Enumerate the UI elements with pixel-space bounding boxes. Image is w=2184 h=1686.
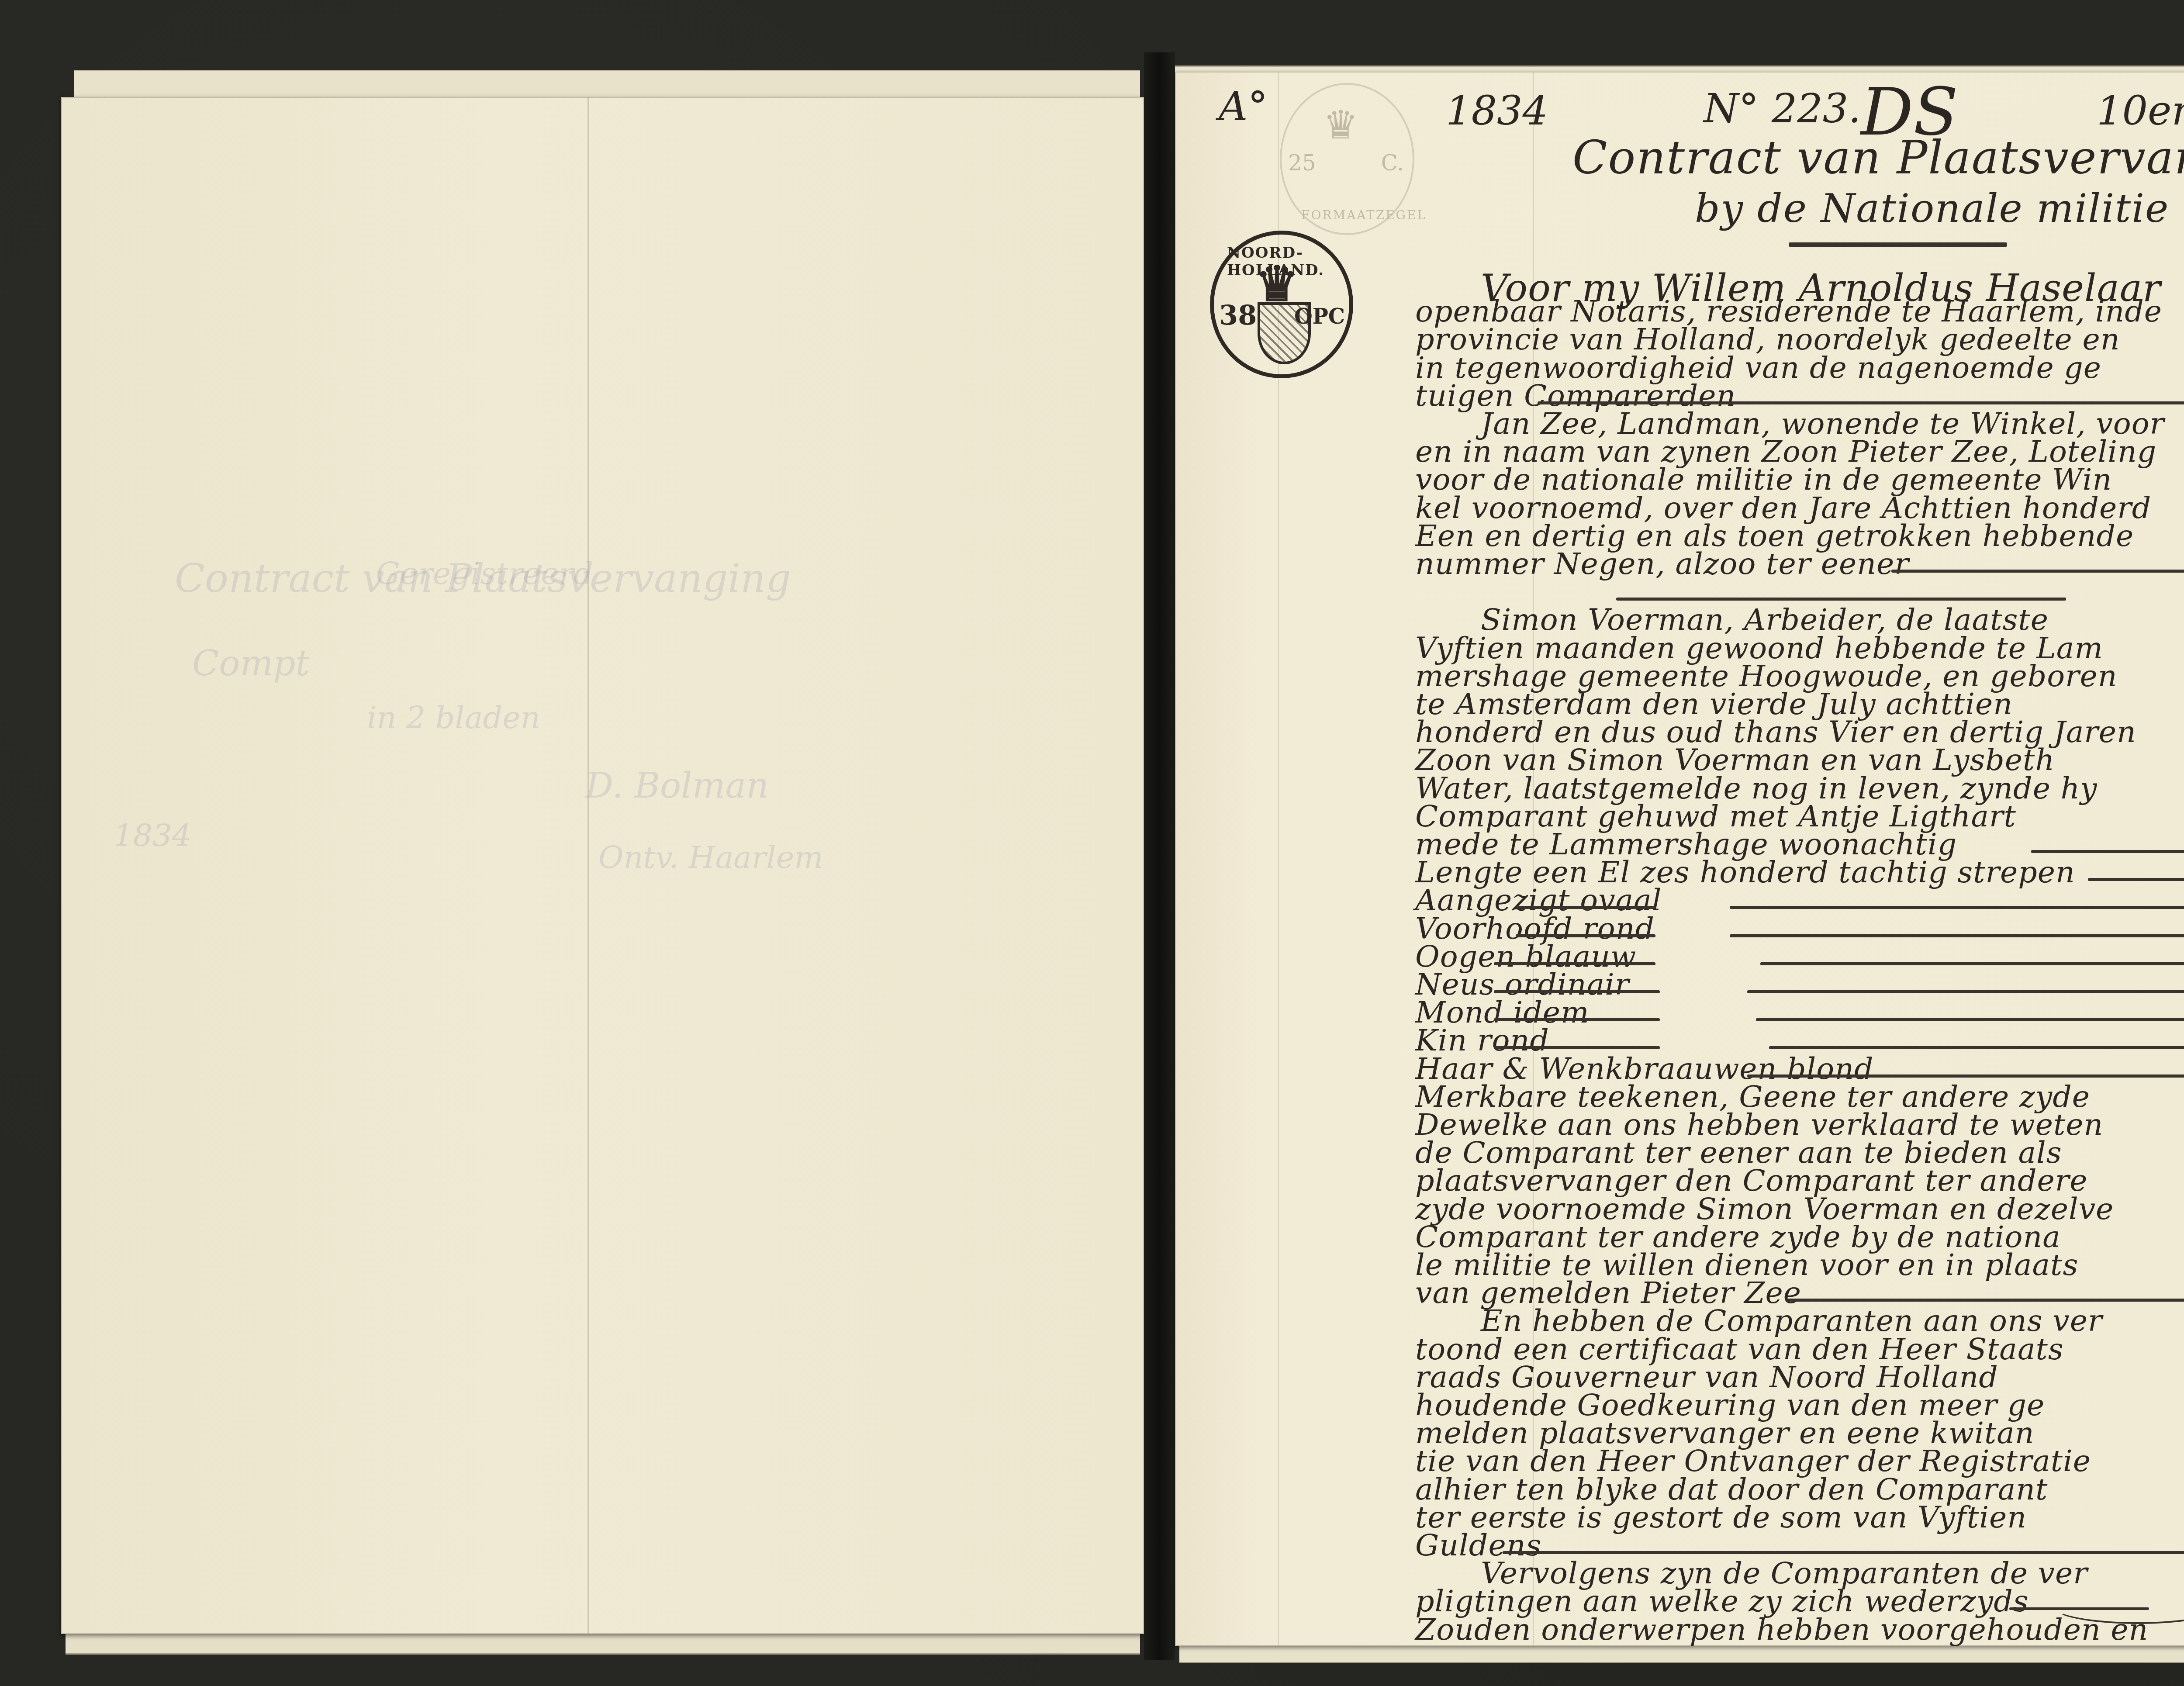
anno-label: A° bbox=[1219, 83, 1268, 130]
deed-number: N° 223. bbox=[1704, 85, 1861, 132]
filler-dash bbox=[1494, 962, 1655, 965]
stamp-surcharge: OPC bbox=[1294, 304, 1345, 329]
filler-dash bbox=[1538, 401, 2184, 404]
filler-dash bbox=[1730, 906, 2184, 909]
bleed-through-text: in 2 bladen bbox=[367, 700, 540, 736]
filler-dash bbox=[1769, 1046, 2184, 1049]
stamp-number: 38 bbox=[1219, 299, 1257, 331]
seal-value: 25 bbox=[1288, 150, 1316, 176]
filler-dash bbox=[1494, 1018, 1660, 1021]
crown-icon: ♛ bbox=[1323, 102, 1358, 148]
title-underline bbox=[1789, 242, 2007, 247]
filler-dash bbox=[1516, 906, 1655, 909]
deed-line: Zouden onderwerpen hebben voorgehouden e… bbox=[1415, 1613, 2148, 1647]
bleed-through-text: Compt bbox=[192, 643, 310, 684]
bleed-through-text: Ontv. Haarlem bbox=[598, 840, 823, 875]
crown-icon: ♛ bbox=[1255, 260, 1299, 308]
embossed-tax-seal: ♛ 25 C. FORMAATZEGEL bbox=[1280, 83, 1414, 235]
filler-dash bbox=[1503, 1551, 2184, 1554]
left-page-underleaf-bottom bbox=[66, 1631, 1140, 1655]
filler-dash bbox=[1747, 990, 2184, 993]
filler-dash bbox=[1616, 598, 2066, 601]
deed-subtitle: by de Nationale militie bbox=[1695, 186, 2169, 231]
seal-legend: FORMAATZEGEL bbox=[1301, 208, 1427, 222]
left-page-fold-line bbox=[587, 97, 589, 1634]
filler-dash bbox=[2088, 878, 2184, 881]
book-spine-gutter bbox=[1144, 52, 1175, 1660]
filler-dash bbox=[1787, 1299, 2184, 1302]
filler-dash bbox=[1747, 1074, 2184, 1078]
filler-dash bbox=[2031, 850, 2184, 853]
left-page-blank-verso: Contract van Plaatsvervanging Compt in 2… bbox=[61, 97, 1144, 1634]
filler-dash bbox=[1756, 1018, 2184, 1021]
bleed-through-text: 1834 bbox=[114, 818, 191, 853]
deed-title: Contract van Plaatsvervanging bbox=[1572, 131, 2184, 184]
filler-dash bbox=[1516, 934, 1655, 937]
filler-dash bbox=[1494, 1046, 1660, 1049]
filler-dash bbox=[1494, 990, 1660, 993]
closing-flourish-stroke bbox=[2009, 1607, 2149, 1610]
deed-date: 10en Augustus bbox=[2097, 87, 2184, 134]
filler-dash bbox=[1730, 934, 2184, 937]
filler-dash bbox=[1891, 570, 2184, 573]
filler-dash bbox=[1760, 962, 2184, 965]
seal-unit: C. bbox=[1381, 150, 1404, 176]
bleed-through-text: D. Bolman bbox=[585, 765, 769, 806]
year: 1834 bbox=[1446, 87, 1548, 134]
deed-line: nummer Negen, alzoo ter eener bbox=[1415, 547, 1909, 581]
noord-holland-stamp: NOORD-HOLLAND. ♛ 38 OPC bbox=[1210, 231, 1353, 378]
bleed-through-text: Geregistreerd bbox=[376, 556, 593, 591]
